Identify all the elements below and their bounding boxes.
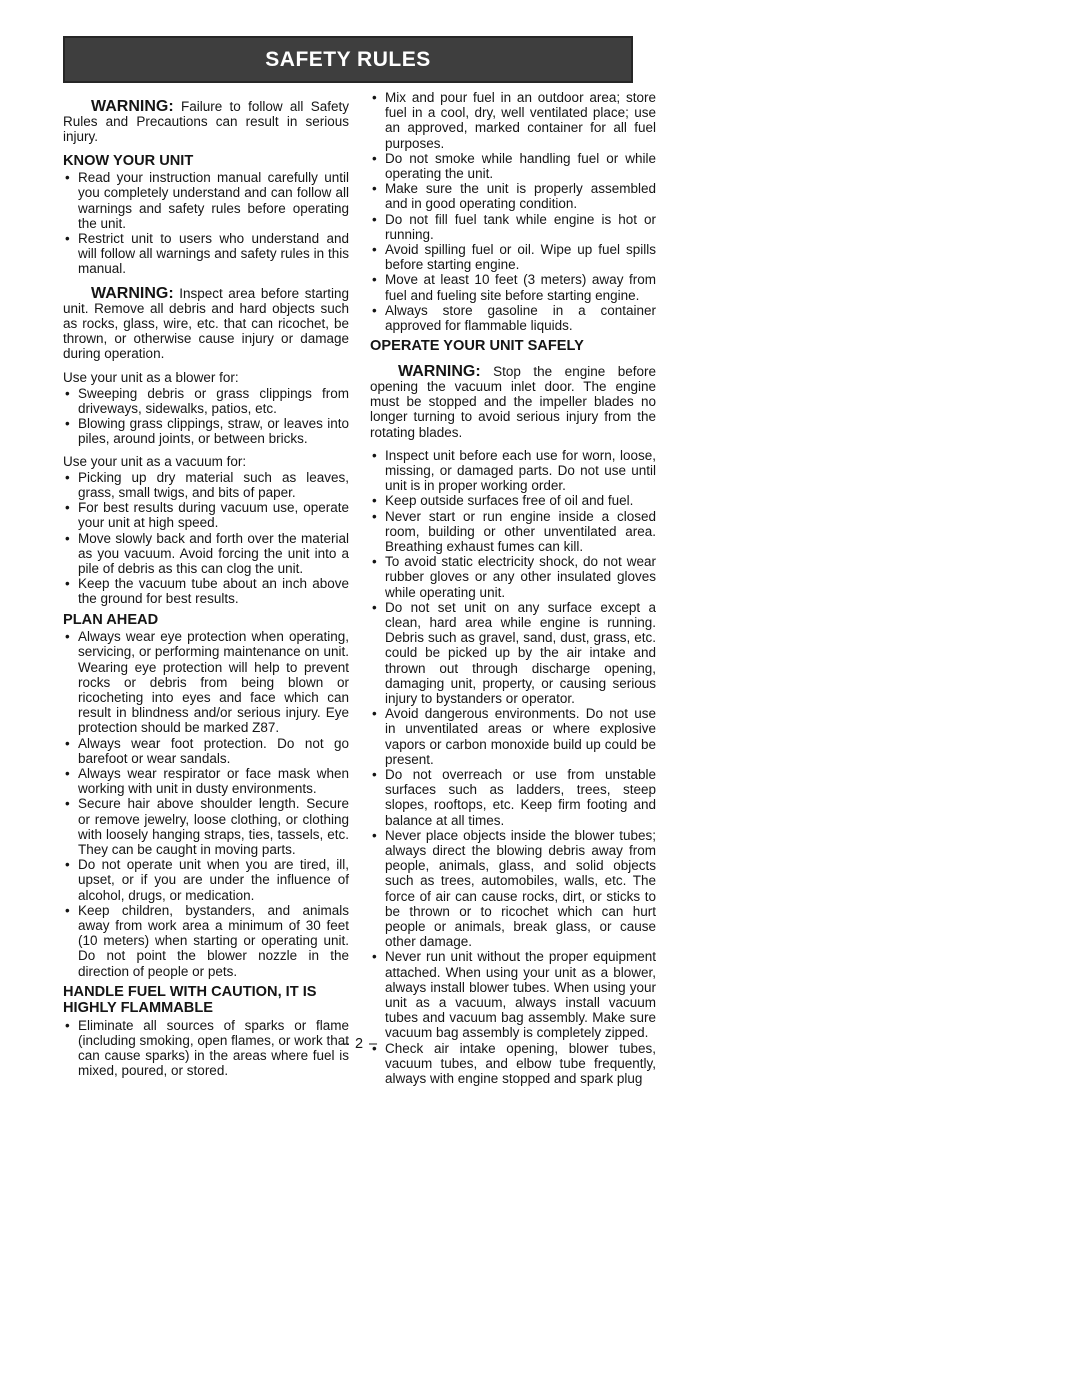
bullet-item: •Do not overreach or use from unstable s… [370, 767, 656, 828]
bullet-item: •Do not smoke while handling fuel or whi… [370, 151, 656, 181]
bullet-item: •Sweeping debris or grass clippings from… [63, 386, 349, 416]
bullet-text: Always wear eye protection when operatin… [78, 629, 349, 735]
bullet-text: For best results during vacuum use, oper… [78, 500, 349, 530]
warning-label: WARNING: [91, 285, 174, 302]
bullet-text: Always store gasoline in a container app… [385, 303, 656, 333]
bullet-item: •Never place objects inside the blower t… [370, 828, 656, 950]
bullet-item: •Keep children, bystanders, and animals … [63, 903, 349, 979]
warning-label: WARNING: [91, 98, 174, 115]
section-heading: KNOW YOUR UNIT [63, 153, 349, 170]
bullet-item: •Inspect unit before each use for worn, … [370, 448, 656, 494]
bullet-item: •Move at least 10 feet (3 meters) away f… [370, 272, 656, 302]
bullet-icon: • [65, 416, 70, 431]
bullet-item: •Make sure the unit is properly assemble… [370, 181, 656, 211]
bullet-item: •Avoid dangerous environments. Do not us… [370, 706, 656, 767]
bullet-list: •Read your instruction manual carefully … [63, 170, 349, 276]
bullet-list: •Inspect unit before each use for worn, … [370, 448, 656, 1087]
bullet-item: •Move slowly back and forth over the mat… [63, 531, 349, 577]
bullet-icon: • [372, 181, 377, 196]
bullet-icon: • [372, 509, 377, 524]
bullet-icon: • [372, 242, 377, 257]
warning-paragraph: WARNING: Inspect area before starting un… [63, 286, 349, 362]
bullet-text: To avoid static electricity shock, do no… [385, 554, 656, 600]
bullet-text: Always wear foot protection. Do not go b… [78, 736, 349, 766]
bullet-icon: • [372, 949, 377, 964]
bullet-list: •Picking up dry material such as leaves,… [63, 470, 349, 607]
warning-paragraph: WARNING: Failure to follow all Safety Ru… [63, 99, 349, 145]
bullet-text: Secure hair above shoulder length. Secur… [78, 796, 349, 857]
bullet-icon: • [65, 766, 70, 781]
bullet-text: Never run unit without the proper equipm… [385, 949, 656, 1040]
bullet-item: •Never run unit without the proper equip… [370, 949, 656, 1040]
bullet-text: Mix and pour fuel in an outdoor area; st… [385, 90, 656, 151]
bullet-icon: • [65, 796, 70, 811]
bullet-item: •Blowing grass clippings, straw, or leav… [63, 416, 349, 446]
bullet-icon: • [65, 1018, 70, 1033]
section-header-bar: SAFETY RULES [63, 36, 633, 83]
page-number: – 2 – [63, 1036, 656, 1052]
bullet-item: •Restrict unit to users who understand a… [63, 231, 349, 277]
bullet-text: Do not smoke while handling fuel or whil… [385, 151, 656, 181]
bullet-text: Inspect unit before each use for worn, l… [385, 448, 656, 494]
bullet-text: Sweeping debris or grass clippings from … [78, 386, 349, 416]
bullet-icon: • [372, 303, 377, 318]
bullet-item: •Read your instruction manual carefully … [63, 170, 349, 231]
two-column-layout: WARNING: Failure to follow all Safety Ru… [63, 90, 656, 1086]
bullet-icon: • [372, 600, 377, 615]
bullet-icon: • [65, 500, 70, 515]
manual-page: SAFETY RULES WARNING: Failure to follow … [0, 0, 1080, 1086]
bullet-text: Make sure the unit is properly assembled… [385, 181, 656, 211]
bullet-icon: • [65, 170, 70, 185]
bullet-icon: • [65, 231, 70, 246]
bullet-item: •Picking up dry material such as leaves,… [63, 470, 349, 500]
bullet-icon: • [372, 767, 377, 782]
bullet-text: Move at least 10 feet (3 meters) away fr… [385, 272, 656, 302]
bullet-text: Always wear respirator or face mask when… [78, 766, 349, 796]
bullet-item: •Do not set unit on any surface except a… [370, 600, 656, 706]
bullet-text: Move slowly back and forth over the mate… [78, 531, 349, 577]
bullet-icon: • [372, 212, 377, 227]
section-heading: OPERATE YOUR UNIT SAFELY [370, 338, 656, 355]
bullet-icon: • [65, 576, 70, 591]
bullet-item: •Always wear foot protection. Do not go … [63, 736, 349, 766]
bullet-item: •To avoid static electricity shock, do n… [370, 554, 656, 600]
bullet-icon: • [65, 736, 70, 751]
bullet-icon: • [372, 554, 377, 569]
bullet-item: •Always store gasoline in a container ap… [370, 303, 656, 333]
bullet-icon: • [65, 470, 70, 485]
right-column: •Mix and pour fuel in an outdoor area; s… [370, 90, 656, 1086]
bullet-text: Never place objects inside the blower tu… [385, 828, 656, 950]
bullet-item: •Secure hair above shoulder length. Secu… [63, 796, 349, 857]
bullet-item: •Keep outside surfaces free of oil and f… [370, 493, 656, 508]
bullet-item: •Never start or run engine inside a clos… [370, 509, 656, 555]
bullet-icon: • [372, 828, 377, 843]
bullet-text: Blowing grass clippings, straw, or leave… [78, 416, 349, 446]
bullet-text: Do not fill fuel tank while engine is ho… [385, 212, 656, 242]
bullet-icon: • [372, 448, 377, 463]
bullet-icon: • [372, 493, 377, 508]
bullet-text: Avoid dangerous environments. Do not use… [385, 706, 656, 767]
left-column: WARNING: Failure to follow all Safety Ru… [63, 90, 349, 1086]
section-heading: HANDLE FUEL WITH CAUTION, IT IS HIGHLY F… [63, 984, 349, 1017]
bullet-icon: • [65, 857, 70, 872]
bullet-item: •Mix and pour fuel in an outdoor area; s… [370, 90, 656, 151]
intro-paragraph: Use your unit as a blower for: [63, 370, 349, 385]
bullet-icon: • [65, 629, 70, 644]
bullet-text: Do not set unit on any surface except a … [385, 600, 656, 706]
bullet-icon: • [372, 706, 377, 721]
warning-label: WARNING: [398, 363, 481, 380]
bullet-icon: • [65, 531, 70, 546]
bullet-text: Keep children, bystanders, and animals a… [78, 903, 349, 979]
bullet-text: Picking up dry material such as leaves, … [78, 470, 349, 500]
bullet-item: •Always wear respirator or face mask whe… [63, 766, 349, 796]
bullet-list: •Sweeping debris or grass clippings from… [63, 386, 349, 447]
bullet-list: •Always wear eye protection when operati… [63, 629, 349, 979]
bullet-icon: • [372, 151, 377, 166]
bullet-item: •Avoid spilling fuel or oil. Wipe up fue… [370, 242, 656, 272]
bullet-item: •Do not operate unit when you are tired,… [63, 857, 349, 903]
bullet-text: Restrict unit to users who understand an… [78, 231, 349, 277]
bullet-item: •For best results during vacuum use, ope… [63, 500, 349, 530]
bullet-text: Keep outside surfaces free of oil and fu… [385, 493, 656, 508]
warning-paragraph: WARNING: Stop the engine before opening … [370, 364, 656, 440]
page-title: SAFETY RULES [265, 48, 430, 72]
bullet-icon: • [372, 90, 377, 105]
bullet-text: Avoid spilling fuel or oil. Wipe up fuel… [385, 242, 656, 272]
bullet-icon: • [65, 386, 70, 401]
bullet-item: •Do not fill fuel tank while engine is h… [370, 212, 656, 242]
bullet-text: Read your instruction manual carefully u… [78, 170, 349, 231]
bullet-icon: • [372, 272, 377, 287]
bullet-text: Do not overreach or use from unstable su… [385, 767, 656, 828]
bullet-text: Never start or run engine inside a close… [385, 509, 656, 555]
section-heading: PLAN AHEAD [63, 612, 349, 629]
intro-paragraph: Use your unit as a vacuum for: [63, 454, 349, 469]
bullet-item: •Always wear eye protection when operati… [63, 629, 349, 735]
bullet-list: •Mix and pour fuel in an outdoor area; s… [370, 90, 656, 333]
bullet-text: Keep the vacuum tube about an inch above… [78, 576, 349, 606]
bullet-icon: • [65, 903, 70, 918]
bullet-item: •Keep the vacuum tube about an inch abov… [63, 576, 349, 606]
bullet-text: Do not operate unit when you are tired, … [78, 857, 349, 903]
